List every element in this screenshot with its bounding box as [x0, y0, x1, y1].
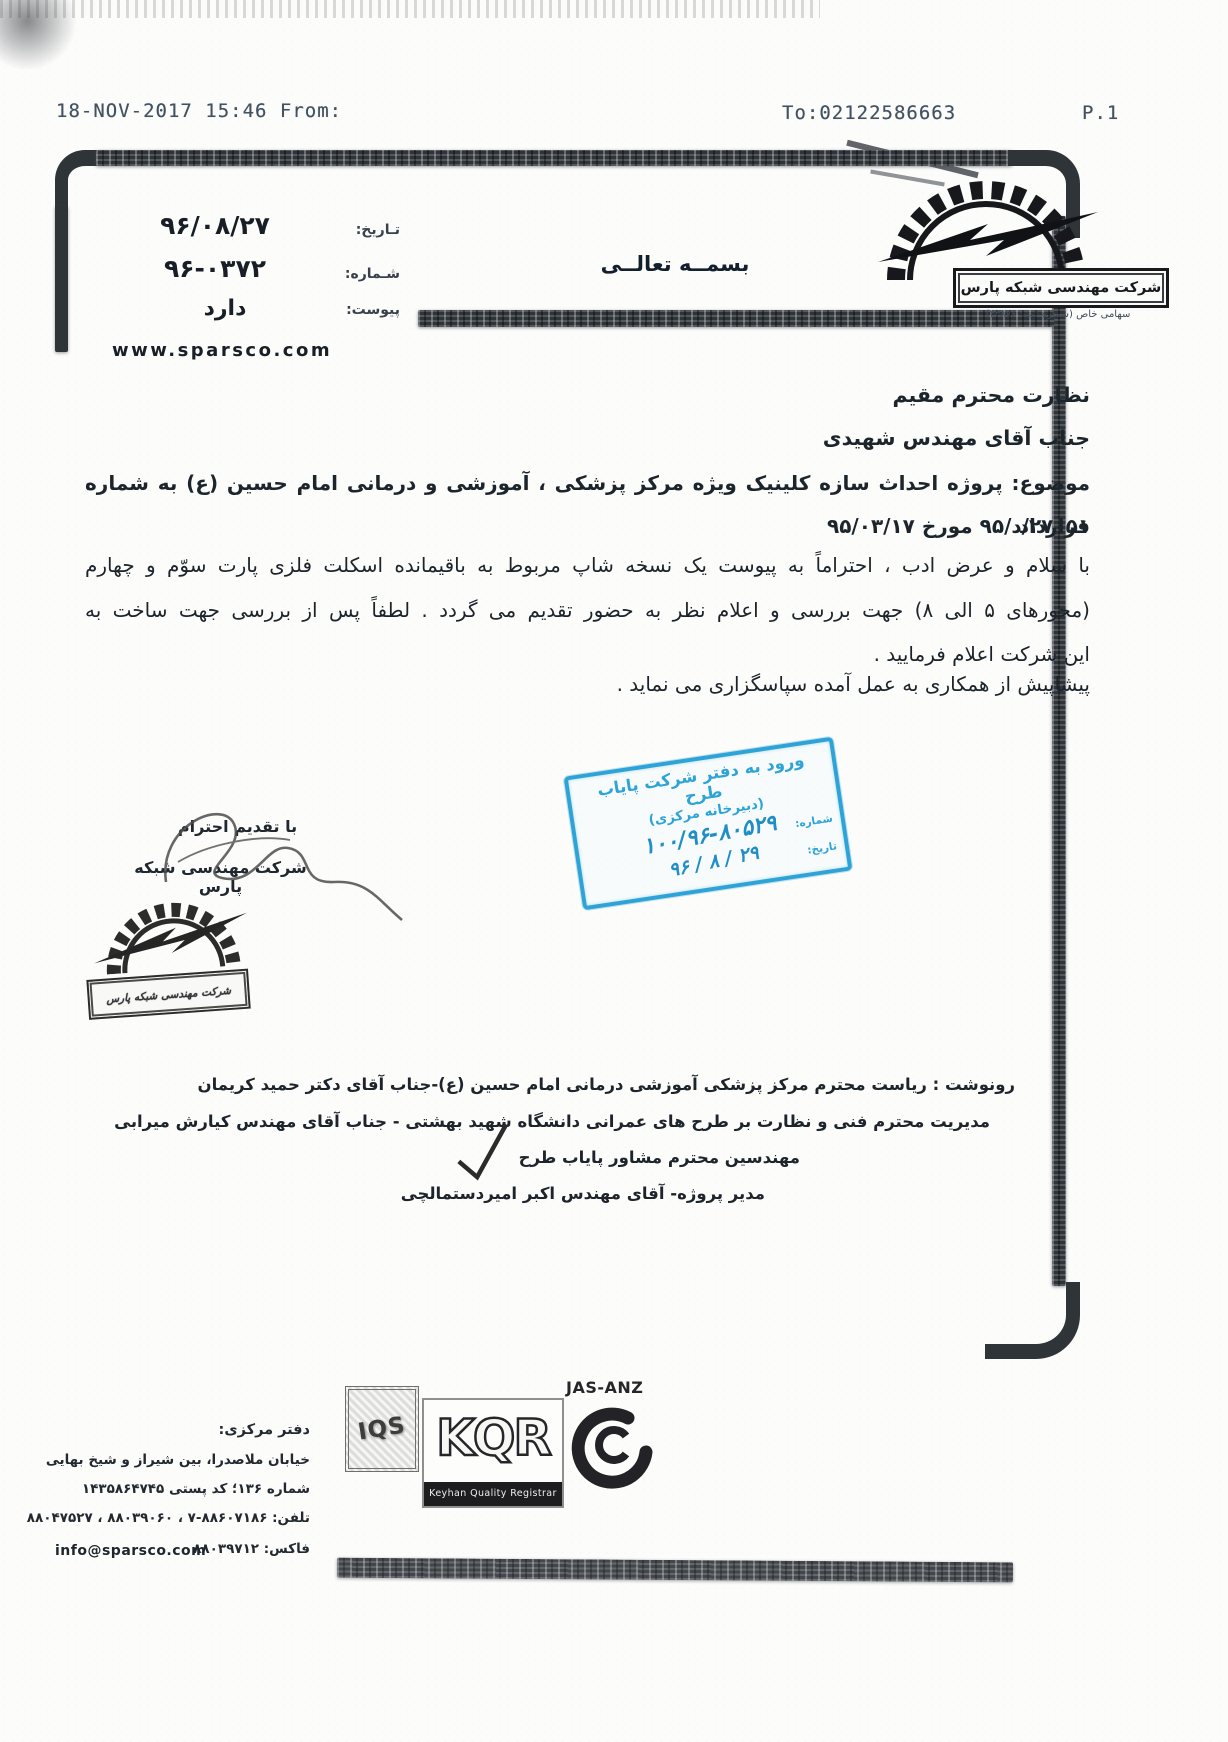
frame-left-bar: [55, 206, 68, 352]
attachment-value: دارد: [160, 296, 290, 321]
gear-lightning-icon: [84, 890, 254, 979]
date-label: تـاریخ:: [330, 222, 400, 238]
jas-anz-label: JAS-ANZ: [566, 1378, 643, 1397]
company-name: شرکت مهندسی شبکه پارس: [961, 280, 1162, 296]
besmellah-heading: بسمــه تعالــی: [545, 252, 805, 276]
frame-right-bar: [1052, 216, 1066, 1286]
footer-phone-line: تلفن: ۸۸۶۰۷۱۸۶-۷ ، ۸۸۰۳۹۰۶۰ ، ۸۸۰۴۷۵۲۷: [27, 1510, 310, 1526]
recipient-name: جناب آقای مهندس شهیدی: [85, 426, 1090, 450]
kqr-subtitle: Keyhan Quality Registrar: [424, 1482, 562, 1506]
website-url: www.sparsco.com: [112, 340, 332, 361]
entry-stamp: ورود به دفتر شرکت پایاب طرح (دبیرخانه مر…: [564, 737, 853, 911]
fax-document-page: 18-NOV-2017 15:46 From: To:02122586663 P…: [0, 0, 1228, 1742]
attachment-label: پیوست:: [330, 302, 400, 318]
frame-top-bar: [96, 150, 1012, 166]
signature-stamp-company-name: شرکت مهندسی شبکه پارس: [106, 985, 232, 1006]
footer-fax-line: فاکس: ۸۸۰۳۹۷۱۲: [193, 1541, 310, 1557]
cc-line-2: مدیریت محترم فنی و نظارت بر طرح های عمرا…: [114, 1112, 990, 1131]
closing-line: پیشاپیش از همکاری به عمل آمده سپاسگزاری …: [85, 662, 1090, 707]
recipient-title: نظارت محترم مقیم: [85, 383, 1090, 407]
jas-anz-logo-icon: [568, 1406, 654, 1500]
letter-number-value: ۹۶-۰۳۷۲: [120, 254, 310, 283]
company-logo: شرکت مهندسی شبکه پارس سهامی خاص (شماره ث…: [858, 178, 1163, 330]
cc-line-3: مهندسین محترم مشاور پایاب طرح: [519, 1148, 800, 1167]
frame-bottom-bar: [337, 1558, 1013, 1583]
scan-smudge: [0, 0, 78, 70]
footer-address-line-2: شماره ۱۳۶؛ کد پستی ۱۴۳۵۸۶۴۷۴۵: [82, 1481, 310, 1497]
company-signature-stamp: شرکت مهندسی شبکه پارس: [79, 890, 264, 1054]
footer-address-line-1: خیابان ملاصدرا، بین شیراز و شیخ بهایی: [46, 1452, 310, 1468]
company-registration-text: سهامی خاص (شماره ثبت: ۴۳۸۷۶): [946, 309, 1170, 320]
body-line-1: با سلام و عرض ادب ، احتراماً به پیوست یک…: [85, 543, 1090, 588]
company-name-box: شرکت مهندسی شبکه پارس: [953, 268, 1169, 308]
body-line-2: (محورهای ۵ الی ۸) جهت بررسی و اعلام نظر …: [85, 588, 1090, 633]
frame-corner-bottom-right: [985, 1282, 1080, 1359]
footer-email: info@sparsco.com: [55, 1543, 206, 1559]
checkmark-icon: [448, 1118, 518, 1190]
iqs-certification-stamp: IQS: [345, 1386, 419, 1472]
kqr-certification-badge: KQR Keyhan Quality Registrar: [422, 1398, 564, 1508]
scan-smudge: [0, 0, 820, 18]
fax-page-number: P.1: [1082, 102, 1119, 124]
subject-line-2: ۲۷۰۵۱/د/۹۵ مورخ ۹۵/۰۳/۱۷: [85, 505, 1090, 548]
kqr-letters: KQR: [424, 1400, 562, 1476]
footer-office-label: دفتر مرکزی:: [219, 1422, 310, 1438]
date-value: ۹۶/۰۸/۲۷: [120, 211, 310, 240]
letter-number-label: شـماره:: [330, 266, 400, 282]
iqs-label: IQS: [356, 1412, 407, 1445]
fax-from: 18-NOV-2017 15:46 From:: [56, 100, 342, 122]
cc-line-1: رونوشت : ریاست محترم مرکز پزشکی آموزشی د…: [198, 1075, 1016, 1094]
fax-to: To:02122586663: [782, 102, 956, 124]
